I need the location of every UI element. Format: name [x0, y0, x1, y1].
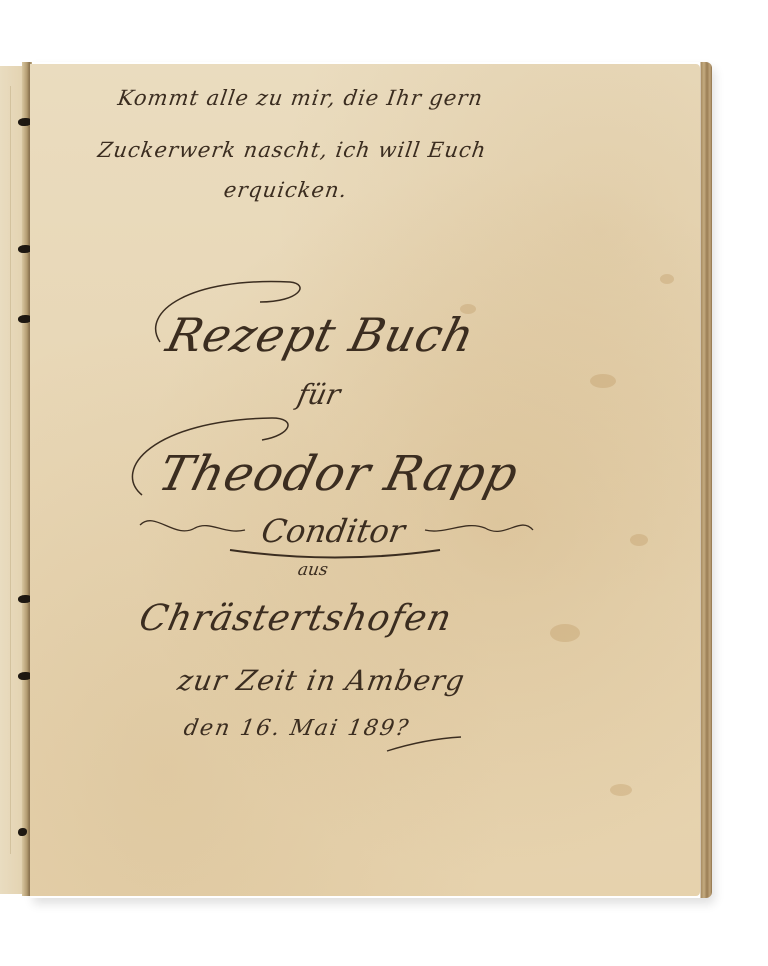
foxing-spot — [660, 274, 674, 284]
owner-name: Theodor Rapp — [153, 446, 524, 502]
foxing-spot — [590, 374, 616, 388]
from-label: aus — [297, 560, 330, 580]
profession: Conditor — [259, 512, 408, 550]
motto-line-1: Kommt alle zu mir, die Ihr gern — [116, 86, 484, 110]
date-line: den 16. Mai 189? — [182, 716, 412, 741]
page-rule-line — [10, 86, 11, 854]
hometown: Chrästertshofen — [136, 598, 456, 639]
date-underline-stroke — [385, 735, 465, 755]
binding-stitch-hole — [18, 828, 27, 836]
book-photo: Kommt alle zu mir, die Ihr gern Zuckerwe… — [0, 0, 768, 966]
foxing-spot — [630, 534, 648, 546]
motto-line-3: erquicken. — [222, 178, 349, 202]
foxing-spot — [550, 624, 580, 642]
current-location: zur Zeit in Amberg — [175, 664, 467, 697]
for-label: für — [294, 378, 343, 411]
book-title: Rezept Buch — [161, 308, 480, 362]
foxing-spot — [610, 784, 632, 796]
motto-line-2: Zuckerwerk nascht, ich will Euch — [96, 138, 488, 162]
